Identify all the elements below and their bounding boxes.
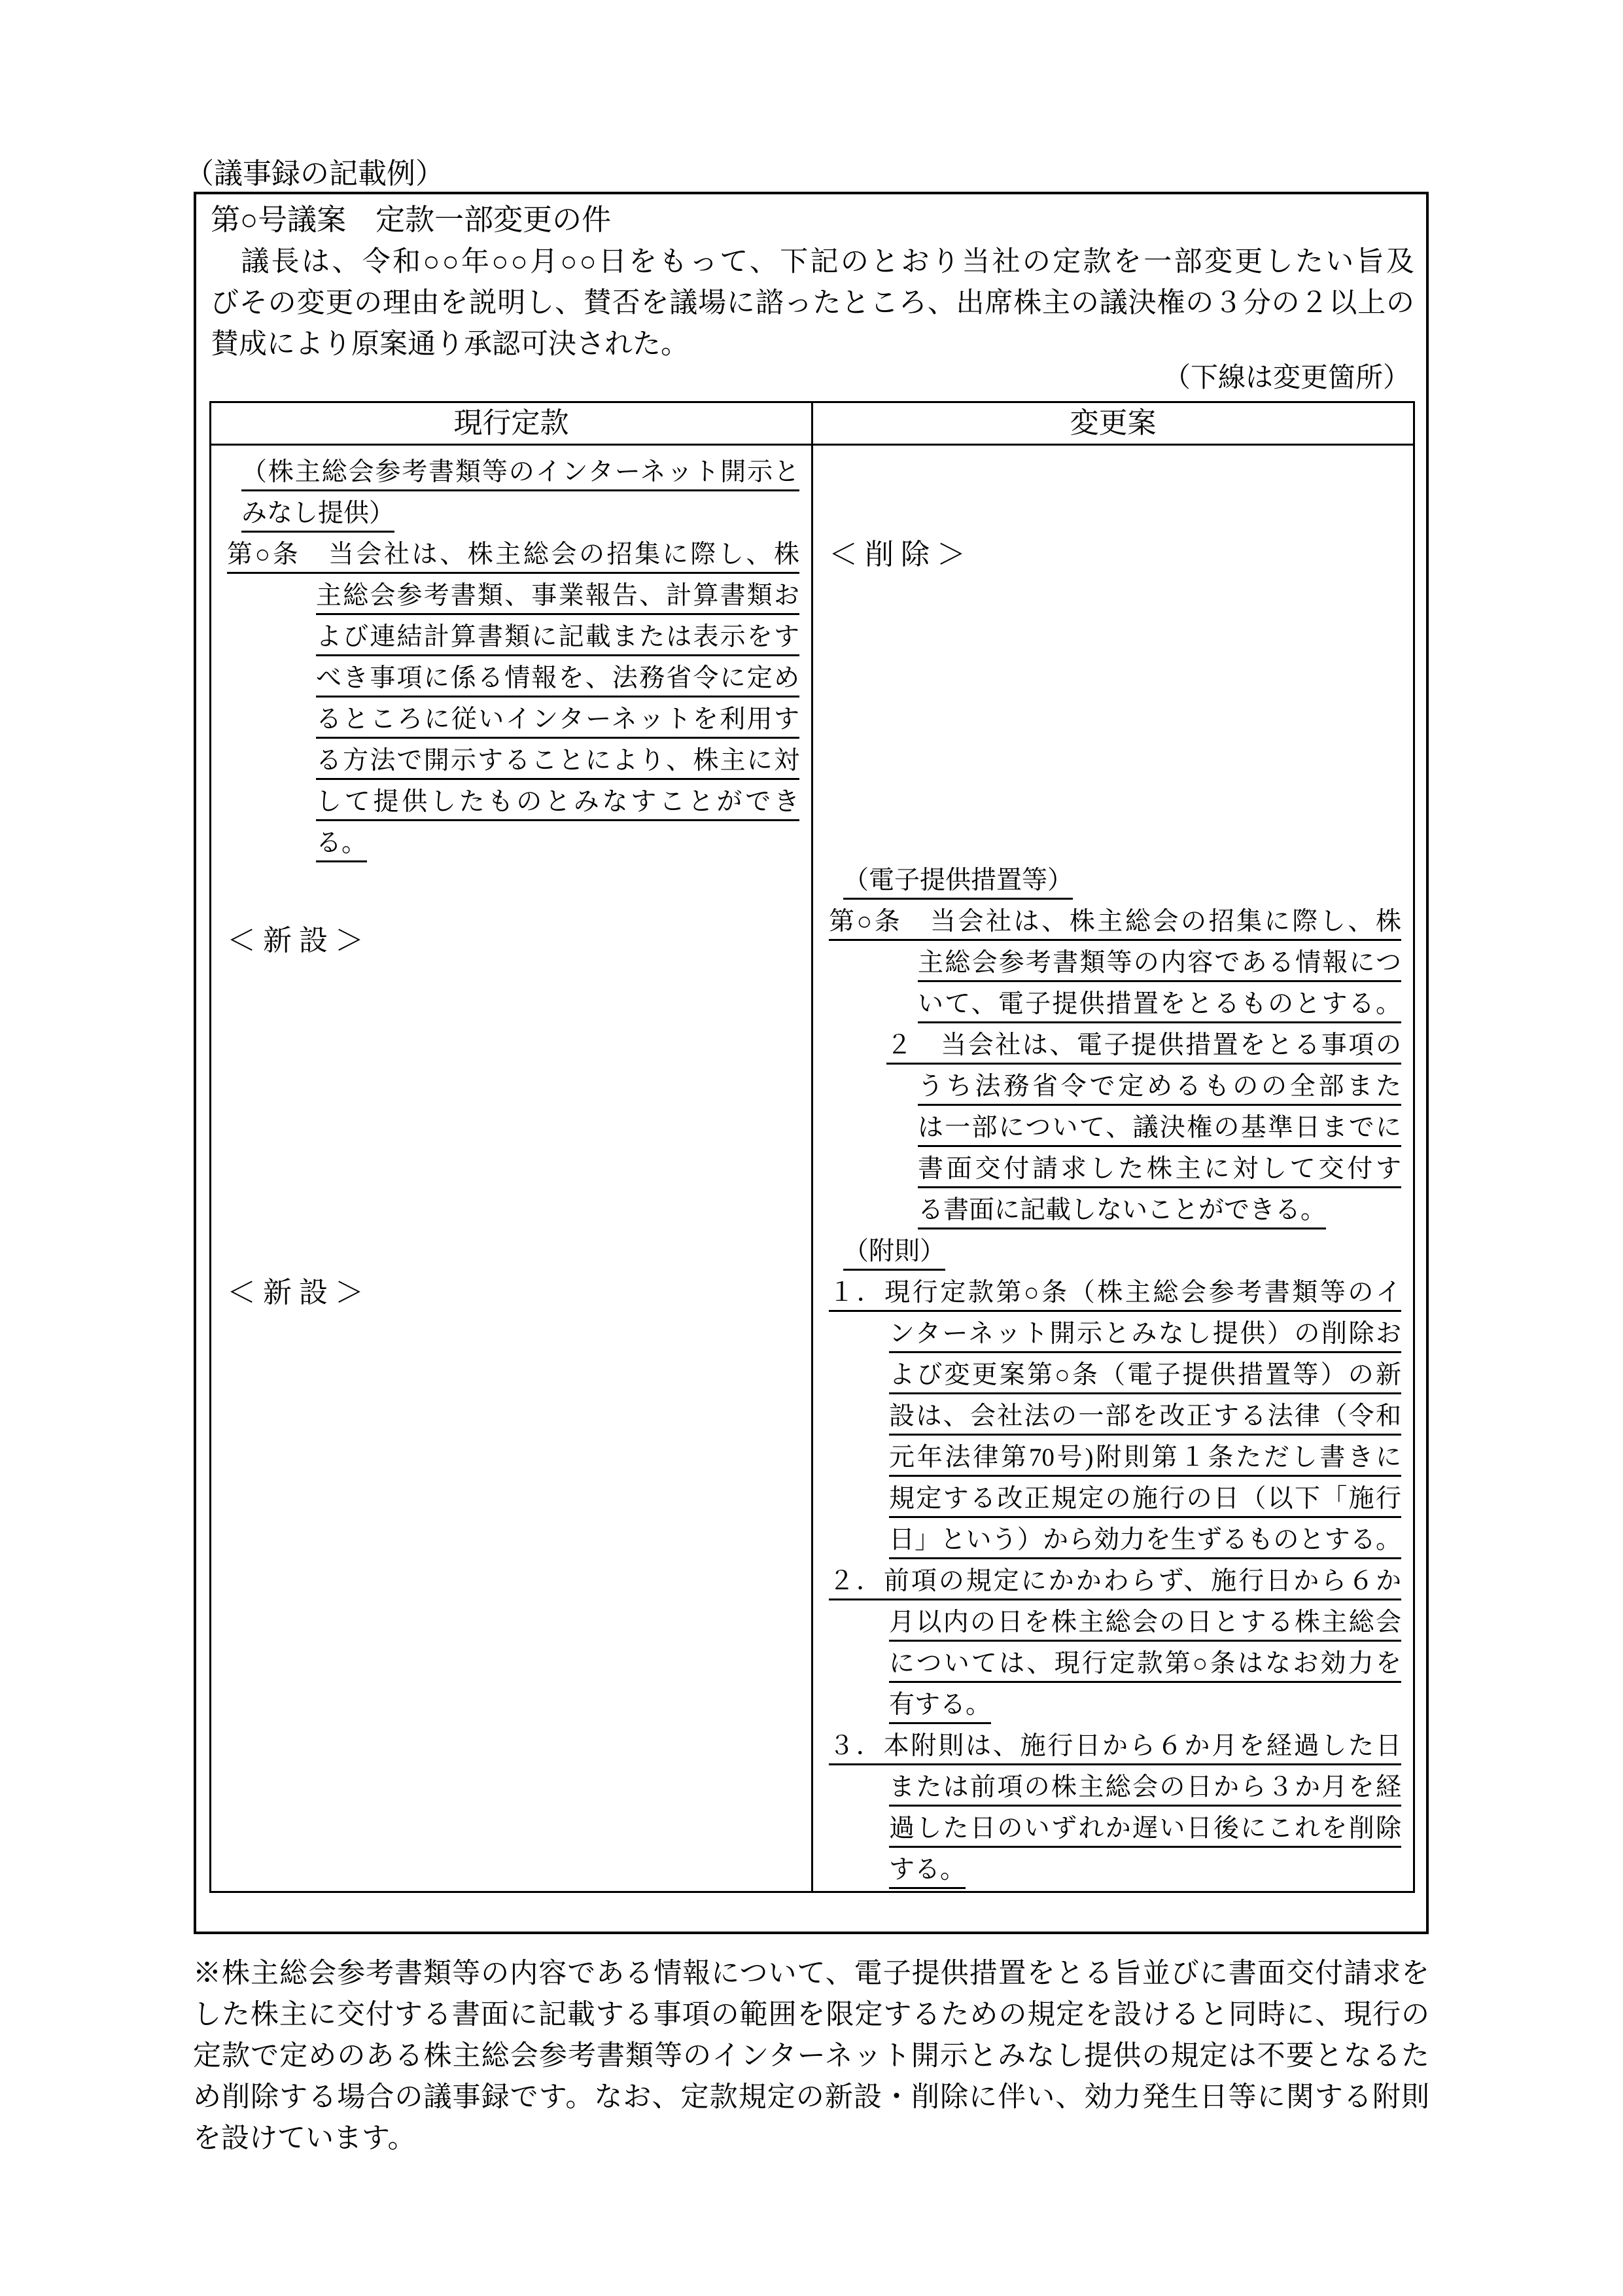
text-line: 第○条 当会社は、株主総会の招集に際し、株 bbox=[829, 901, 1401, 942]
paragraph-line: 議長は、令和○○年○○月○○日をもって、下記のとおり当社の定款を一部変更したい旨… bbox=[211, 241, 1414, 283]
text-line: よび連結計算書類に記載または表示をす bbox=[227, 616, 799, 658]
column-header-current: 現行定款 bbox=[211, 403, 811, 444]
text-line: 元年法律第70号)附則第１条ただし書きに bbox=[829, 1437, 1401, 1478]
text-line: いて、電子提供措置をとるものとする。 bbox=[829, 983, 1401, 1025]
proposal-box: 第○号議案 定款一部変更の件 議長は、令和○○年○○月○○日をもって、下記のとお… bbox=[194, 192, 1429, 1934]
footnote-line: め削除する場合の議事録です。なお、定款規定の新設・削除に伴い、効力発生日等に関す… bbox=[193, 2077, 1429, 2118]
footnote-line: 定款で定めのある株主総会参考書類等のインターネット開示とみなし提供の規定は不要と… bbox=[193, 2036, 1429, 2077]
table-header-row: 現行定款 変更案 bbox=[211, 403, 1413, 446]
table-body-row: （株主総会参考書類等のインターネット開示とみなし提供）第○条 当会社は、株主総会… bbox=[211, 446, 1413, 1891]
text-line: るところに従いインターネットを利用す bbox=[227, 699, 799, 740]
text-line: 有する。 bbox=[829, 1684, 1401, 1725]
text-line: して提供したものとみなすことができ bbox=[227, 781, 799, 822]
text-line: よび変更案第○条（電子提供措置等）の新 bbox=[829, 1354, 1401, 1396]
text-line: 規定する改正規定の施行の日（以下「施行 bbox=[829, 1478, 1401, 1519]
text-line: 日」という）から効力を生ずるものとする。 bbox=[829, 1519, 1401, 1561]
text-line: （電子提供措置等） bbox=[829, 860, 1401, 901]
underline-caption: （下線は変更箇所） bbox=[1163, 359, 1410, 397]
text-line: 主総会参考書類、事業報告、計算書類お bbox=[227, 575, 799, 616]
current-articles-column: （株主総会参考書類等のインターネット開示とみなし提供）第○条 当会社は、株主総会… bbox=[211, 446, 811, 1891]
amendment-table: 現行定款 変更案 （株主総会参考書類等のインターネット開示とみなし提供）第○条 … bbox=[209, 401, 1415, 1893]
footnote-line: した株主に交付する書面に記載する事項の範囲を限定するための規定を設けると同時に、… bbox=[193, 1994, 1429, 2036]
text-line: については、現行定款第○条はなお効力を bbox=[829, 1643, 1401, 1684]
text-line: 設は、会社法の一部を改正する法律（令和 bbox=[829, 1396, 1401, 1437]
text-line: ＜ 新 設 ＞ bbox=[227, 920, 799, 961]
text-line: ンターネット開示とみなし提供）の削除お bbox=[829, 1313, 1401, 1354]
text-line: る方法で開示することにより、株主に対 bbox=[227, 740, 799, 781]
text-line: うち法務省令で定めるものの全部また bbox=[829, 1066, 1401, 1107]
text-line: 主総会参考書類等の内容である情報につ bbox=[829, 942, 1401, 983]
footnote: ※株主総会参考書類等の内容である情報について、電子提供措置をとる旨並びに書面交付… bbox=[193, 1953, 1429, 2159]
text-line: （附則） bbox=[829, 1231, 1401, 1272]
text-line: る書面に記載しないことができる。 bbox=[829, 1190, 1401, 1231]
text-line: る。 bbox=[227, 822, 799, 864]
text-line: １．現行定款第○条（株主総会参考書類等のイ bbox=[829, 1272, 1401, 1313]
text-line: 月以内の日を株主総会の日とする株主総会 bbox=[829, 1602, 1401, 1643]
text-line: または前項の株主総会の日から３か月を経 bbox=[829, 1767, 1401, 1808]
paragraph-line: びその変更の理由を説明し、賛否を議場に諮ったところ、出席株主の議決権の３分の２以… bbox=[211, 283, 1414, 324]
agenda-heading: 第○号議案 定款一部変更の件 bbox=[211, 201, 611, 239]
document-page: （議事録の記載例） 第○号議案 定款一部変更の件 議長は、令和○○年○○月○○日… bbox=[0, 0, 1623, 2296]
column-header-proposal: 変更案 bbox=[811, 403, 1413, 444]
resolution-paragraph: 議長は、令和○○年○○月○○日をもって、下記のとおり当社の定款を一部変更したい旨… bbox=[211, 241, 1414, 365]
text-line: は一部について、議決権の基準日までに bbox=[829, 1107, 1401, 1148]
text-line: （株主総会参考書類等のインターネット開示と bbox=[227, 451, 799, 493]
footnote-line: ※株主総会参考書類等の内容である情報について、電子提供措置をとる旨並びに書面交付… bbox=[193, 1953, 1429, 1994]
footnote-line: を設けています。 bbox=[193, 2118, 1429, 2159]
text-line: ＜ 削 除 ＞ bbox=[829, 534, 1401, 575]
text-line: みなし提供） bbox=[227, 493, 799, 534]
text-line: 第○条 当会社は、株主総会の招集に際し、株 bbox=[227, 534, 799, 575]
proposal-articles-column: ＜ 削 除 ＞（電子提供措置等）第○条 当会社は、株主総会の招集に際し、株主総会… bbox=[811, 446, 1413, 1891]
text-line: 書面交付請求した株主に対して交付す bbox=[829, 1148, 1401, 1190]
text-line: 過した日のいずれか遅い日後にこれを削除 bbox=[829, 1808, 1401, 1849]
text-line: する。 bbox=[829, 1849, 1401, 1890]
page-title: （議事録の記載例） bbox=[185, 156, 444, 192]
text-line: ３．本附則は、施行日から６か月を経過した日 bbox=[829, 1725, 1401, 1767]
text-line: ２．前項の規定にかかわらず、施行日から６か bbox=[829, 1561, 1401, 1602]
text-line: ２ 当会社は、電子提供措置をとる事項の bbox=[829, 1025, 1401, 1066]
text-line: ＜ 新 設 ＞ bbox=[227, 1272, 799, 1313]
text-line: べき事項に係る情報を、法務省令に定め bbox=[227, 658, 799, 699]
